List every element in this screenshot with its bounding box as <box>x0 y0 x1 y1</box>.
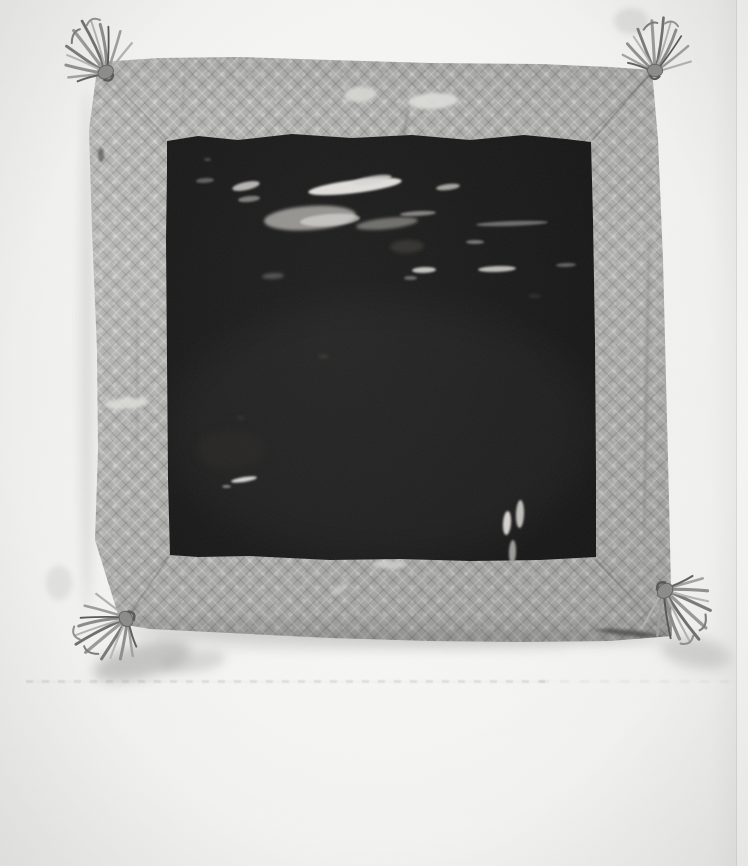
wear-dash <box>478 265 516 272</box>
wear-dot <box>236 416 245 420</box>
wear-dash <box>436 183 461 192</box>
border-crease <box>136 300 138 460</box>
border-abrasion <box>104 396 149 410</box>
border-abrasion <box>408 92 459 111</box>
wear-dash <box>231 179 260 193</box>
wear-streak <box>356 215 419 232</box>
photo-bottom-edge-mark <box>26 680 546 683</box>
photo-right-edge-band <box>736 0 748 866</box>
wear-dot <box>404 276 417 280</box>
wear-dot <box>204 158 211 161</box>
wear-dot <box>528 294 541 298</box>
photo-bottom-edge-mark-faint <box>540 680 740 683</box>
wear-dot <box>318 354 329 359</box>
border-abrasion <box>344 86 377 103</box>
wear-dash <box>466 240 484 244</box>
wear-dash <box>238 195 261 203</box>
wear-dot <box>222 485 231 488</box>
border-nick <box>98 148 104 162</box>
textile-photograph <box>0 0 748 866</box>
wear-streak <box>476 220 548 228</box>
border-crease <box>642 240 650 540</box>
border-crease <box>180 68 185 128</box>
wear-dash <box>412 267 436 274</box>
tassel-ghost-bottom-left <box>46 566 72 600</box>
wear-dash <box>400 210 436 217</box>
wear-dot <box>262 272 284 279</box>
wear-dash <box>556 263 576 268</box>
wear-dash <box>196 177 214 183</box>
wear-ghost <box>390 239 424 253</box>
photo-right-soft-band <box>711 0 737 866</box>
border-abrasion <box>330 581 351 597</box>
wear-ghost <box>196 430 266 470</box>
border-abrasion <box>372 559 406 569</box>
tassel-top-right <box>612 0 703 86</box>
